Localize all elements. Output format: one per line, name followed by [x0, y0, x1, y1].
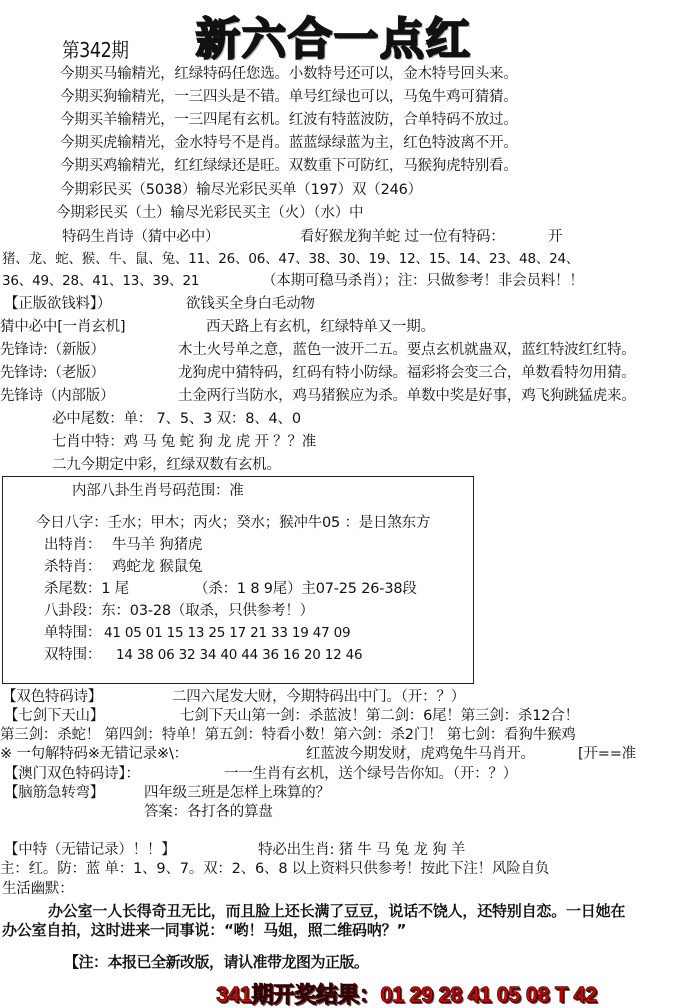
twonine-line: 二九今期定中彩，红绿双数有玄机。: [52, 456, 281, 474]
issue-number: 第342期: [62, 34, 129, 63]
riddle-question: 四年级三班是怎样上珠算的？: [144, 784, 330, 802]
section-text: 西天路上有玄机，红绿特单又一期。: [206, 318, 435, 336]
box-kill-value: 鸡蛇龙 猴鼠兔: [112, 558, 202, 576]
section-label: 先锋诗:（新版）: [0, 341, 105, 359]
qijian-text-1: 七剑下天山第一剑：杀蓝波！第二剑：6尾！第三剑：杀12合！: [180, 707, 579, 725]
box-out-label: 出特肖：: [44, 536, 101, 554]
qijian-text-2: 第三剑：杀蛇！ 第四剑：特单！第五剑：特看小数！第六剑：杀2门！ 第七剑：看狗牛…: [0, 726, 576, 744]
zodiac-list-line-1: 猪、龙、蛇、猴、牛、鼠、兔、11、26、06、47、38、30、19、12、15…: [2, 250, 579, 268]
section-label: 【正版欲钱料】）: [4, 295, 111, 313]
section-text: 木土火号单之意，蓝色一波开二五。要点玄机就蛊双，蓝红特波红红特。: [178, 341, 636, 359]
box-bazi: 今日八字：壬水；甲木；丙火；癸水；猴冲牛05 ：是日煞东方: [36, 514, 430, 532]
riddle-answer: 答案：各打各的算盘: [144, 803, 273, 821]
main-line: 主：红。防：蓝 单：1、9、7。双：2、6、8 以上资料只供参考！按此下注！风险…: [0, 860, 549, 878]
shuangse-label: 【双色特码诗】: [2, 688, 102, 706]
poem-line: 今期买马输精光，红绿特码任您选。小数特号还可以，金木特号回头来。: [60, 65, 518, 83]
section-label: 猜中必中[一肖玄机]: [0, 318, 125, 336]
humor-line-1: 办公室一人长得奇丑无比，而且脸上还长满了豆豆，说话不饶人，还特别自恋。一日她在: [48, 900, 625, 921]
zodiac-poem-text: 看好猴龙狗羊蛇 过一位有特码：: [300, 228, 505, 246]
zhongte-text: 特必出生肖: 猪 牛 马 兔 龙 狗 羊: [258, 841, 465, 859]
yiju-open: [开==准: [578, 745, 636, 763]
humor-label: 生活幽默：: [2, 880, 74, 898]
riddle-label: 【脑筋急转弯】: [4, 784, 104, 802]
seven-zodiac: 七肖中特：鸡 马 兔 蛇 狗 龙 虎 开 ？？准: [52, 433, 316, 451]
zodiac-list-line-2-numbers: 36、49、28、41、13、39、21: [2, 272, 199, 290]
poem-line: 今期买狗输精光，一三四头是不错。单号红绿也可以，马兔牛鸡可猜猜。: [60, 88, 518, 106]
qijian-label: 【七剑下天山】: [4, 707, 104, 725]
section-text: 龙狗虎中猜特码，红码有特小防绿。福彩将会变三合，单数看特勿用猜。: [178, 364, 636, 382]
draw-result: 341期开奖结果：01 29 28 41 05 08 T 42: [216, 978, 597, 1008]
box-kill-tail-note: （杀：1 8 9尾）主07-25 26-38段: [194, 580, 417, 598]
box-kill-label: 杀特肖：: [44, 558, 101, 576]
section-label: 先锋诗（内部版）: [0, 387, 114, 405]
shuangse-text: 二四六尾发大财，今期特码出中门。（开：？）: [172, 688, 465, 706]
box-bagua: 八卦段：东：03-28（取杀，只供参考！）: [44, 602, 314, 620]
caimin-line-2: 今期彩民买（土）输尽光彩民买主（火）（水）中: [56, 204, 363, 222]
box-out-value: 牛马羊 狗猪虎: [112, 536, 202, 554]
poem-line: 今期买虎输精光，金水特号不是肖。蓝蓝绿绿蓝为主，红色特波离不开。: [60, 134, 518, 152]
section-label: 先锋诗:（老版）: [0, 364, 105, 382]
yiju-label: ※ 一句解特码※无错记录※\：: [0, 745, 188, 763]
poem-line: 今期买羊输精光，一三四尾有玄机。红波有特蓝波防，合单特码不放过。: [60, 111, 518, 129]
zhongte-label: 【中特（无错记录）！！】: [4, 841, 176, 859]
newspaper-title: 新六合一点红: [196, 3, 472, 67]
box-odd-label: 单特围：: [44, 624, 101, 642]
caimin-line-1: 今期彩民买（5038）输尽光彩民买单（197）双（246）: [60, 181, 422, 199]
box-even-label: 双特围：: [44, 646, 101, 664]
zodiac-list-line-2-note: （本期可稳马杀肖）；注：只做参考！非会员料！！: [262, 272, 584, 290]
tail-numbers: 必中尾数：单： 7、5、3 双：8、4、0: [52, 410, 301, 428]
footer-note: 【注：本报已全新改版，请认准带龙图为正版。: [64, 951, 369, 972]
zodiac-poem-open: 开: [548, 228, 562, 246]
section-text: 土金两行当防水，鸡马猪猴应为杀。单数中奖是好事，鸡飞狗跳猛虎来。: [178, 387, 636, 405]
yiju-text: 红蓝波今期发财，虎鸡兔牛马肖开。: [306, 745, 535, 763]
box-odd-values: 41 05 01 15 13 25 17 21 33 19 47 09: [104, 624, 350, 642]
poem-line: 今期买鸡输精光，红红绿绿还是旺。双数重下可防红，马猴狗虎特别看。: [60, 157, 518, 175]
box-title: 内部八卦生肖号码范围：准: [72, 482, 244, 500]
box-kill-tail: 杀尾数：1 尾: [44, 580, 129, 598]
macau-text: 一一生肖有玄机，送个绿号告你知。（开：？）: [224, 765, 517, 783]
box-even-values: 14 38 06 32 34 40 44 36 16 20 12 46: [116, 646, 362, 664]
macau-label: 【澳门双色特码诗】：: [4, 765, 140, 783]
section-text: 欲钱买全身白毛动物: [186, 295, 315, 313]
humor-line-2: 办公室自拍，这时进来一同事说：“哟！马姐，照二维码呐？”: [2, 919, 406, 940]
zodiac-poem-label: 特码生肖诗（猜中必中）: [62, 228, 219, 246]
